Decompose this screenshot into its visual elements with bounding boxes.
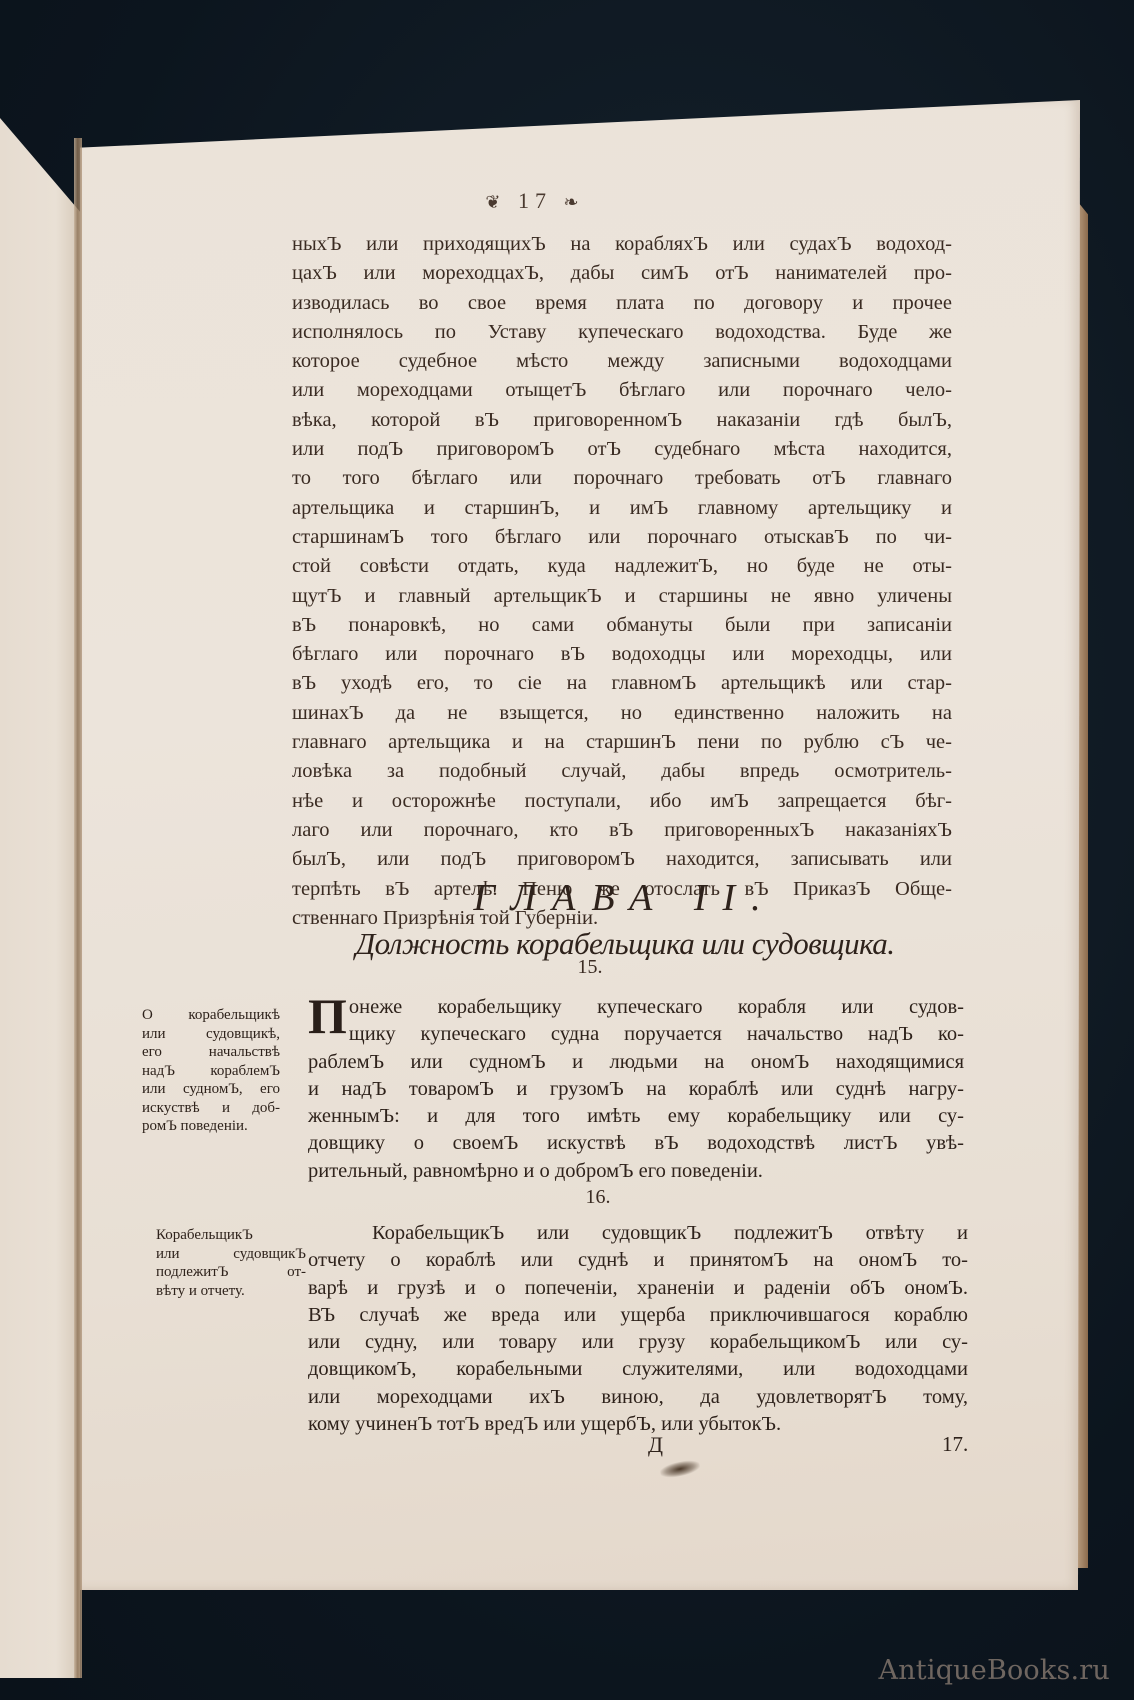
margin-note-line: или судовщикЪ [156, 1245, 306, 1264]
text-line: женнымЪ: и для того имѣть ему корабельщи… [308, 1103, 964, 1130]
text-line: и надЪ товаромЪ и грузомЪ на кораблѣ или… [308, 1076, 964, 1103]
text-line: вЪ понаровкѣ, но сами обмануты были при … [292, 611, 952, 640]
margin-note-line: или судномЪ, его [142, 1080, 280, 1099]
watermark: AntiqueBooks.ru [879, 1655, 1110, 1686]
text-line: артельщика и старшинЪ, и имЪ главному ар… [292, 494, 952, 523]
signature-mark: Д [648, 1432, 663, 1458]
text-line: щутЪ и главный артельщикЪ и старшины не … [292, 582, 952, 611]
text-line: которое судебное мѣсто между записными в… [292, 347, 952, 376]
text-line: стой совѣсти отдать, куда надлежитЪ, но … [292, 552, 952, 581]
margin-note-line: подлежитЪ от- [156, 1263, 306, 1282]
running-header: ❦ 17 ❧ [460, 188, 610, 214]
text-line: главнаго артельщика и на старшинЪ пени п… [292, 728, 952, 757]
text-line: вЪ уходѣ его, то сiе на главномЪ артельщ… [292, 669, 952, 698]
text-line: онеже корабельщику купеческаго корабля и… [308, 994, 964, 1021]
text-line: варѣ и грузѣ и о попеченiи, храненiи и р… [308, 1275, 968, 1302]
ornament-left-icon: ❦ [485, 192, 506, 212]
section-number: 16. [568, 1186, 628, 1209]
chapter-heading: ГЛАВА II. Должность корабельщика или суд… [300, 876, 950, 962]
text-line: то того бѣглаго или порочнаго требовать … [292, 464, 952, 493]
ornament-right-icon: ❧ [564, 192, 585, 212]
continuation-paragraph: ныхЪ или приходящихЪ на корабляхЪ или су… [292, 230, 952, 933]
text-line: кому учиненЪ тотЪ вредЪ или ущербЪ, или … [308, 1411, 968, 1438]
page-number: 17 [518, 188, 552, 213]
catchword: 17. [942, 1432, 968, 1457]
text-line: рительный, равномѣрно и о добромЪ его по… [308, 1158, 964, 1185]
text-line: или мореходцами отыщетЪ бѣглаго или поро… [292, 376, 952, 405]
text-line: или мореходцами ихЪ виною, да удовлетвор… [308, 1384, 968, 1411]
text-line: исполнялось по Уставу купеческаго водохо… [292, 318, 952, 347]
text-line: или судну, или товару или грузу корабель… [308, 1329, 968, 1356]
chapter-title: ГЛАВА II. [300, 876, 950, 920]
text-line: цахЪ или мореходцахЪ, дабы симЪ отЪ нани… [292, 259, 952, 288]
section-number: 15. [560, 956, 620, 979]
text-line: щику купеческаго судна поручается началь… [308, 1021, 964, 1048]
book-gutter [74, 138, 82, 1678]
left-page-edge [0, 118, 80, 1678]
section-paragraph: КорабельщикЪ или судовщикЪ подлежитЪ отв… [308, 1220, 968, 1438]
margin-note-line: О корабельщикѣ [142, 1006, 280, 1025]
text-line: старшинамЪ того бѣглаго или порочнаго от… [292, 523, 952, 552]
text-line: КорабельщикЪ или судовщикЪ подлежитЪ отв… [308, 1220, 968, 1247]
text-line: изводилась во свое время плата по догово… [292, 289, 952, 318]
text-line: вѣка, которой вЪ приговоренномЪ наказанi… [292, 406, 952, 435]
text-line: ныхЪ или приходящихЪ на корабляхЪ или су… [292, 230, 952, 259]
margin-note-line: его начальствѣ [142, 1043, 280, 1062]
margin-note-line: искуствѣ и доб- [142, 1099, 280, 1118]
text-line: ловѣка за подобный случай, дабы впредь о… [292, 757, 952, 786]
chapter-subtitle: Должность корабельщика или судовщика. [300, 926, 950, 962]
text-line: былЪ, или подЪ приговоромЪ находится, за… [292, 845, 952, 874]
margin-note: О корабельщикѣ или судовщикѣ, его началь… [142, 1006, 280, 1136]
text-line: шинахЪ да не взыщется, но единственно на… [292, 699, 952, 728]
text-line: лаго или порочнаго, кто вЪ приговоренных… [292, 816, 952, 845]
margin-note-line: КорабельщикЪ [156, 1226, 306, 1245]
text-line: довщикомЪ, корабельными служителями, или… [308, 1356, 968, 1383]
drop-cap: П [308, 996, 347, 1036]
text-line: ВЪ случаѣ же вреда или ущерба приключивш… [308, 1302, 968, 1329]
text-line: бѣглаго или порочнаго вЪ водоходцы или м… [292, 640, 952, 669]
margin-note-line: ромЪ поведенiи. [142, 1117, 280, 1136]
section-paragraph: П онеже корабельщику купеческаго корабля… [308, 994, 964, 1185]
margin-note-line: вѣту и отчету. [156, 1282, 306, 1301]
text-line: раблемЪ или судномЪ и людьми на ономЪ на… [308, 1049, 964, 1076]
text-line: или подЪ приговоромЪ отЪ судебнаго мѣста… [292, 435, 952, 464]
margin-note: КорабельщикЪ или судовщикЪ подлежитЪ от-… [156, 1226, 306, 1300]
margin-note-line: надЪ кораблемЪ [142, 1062, 280, 1081]
text-line: довщику о своемЪ искуствѣ вЪ водоходствѣ… [308, 1130, 964, 1157]
margin-note-line: или судовщикѣ, [142, 1025, 280, 1044]
text-line: нѣе и осторожнѣе поступали, ибо имЪ запр… [292, 787, 952, 816]
text-line: отчету о кораблѣ или суднѣ и принятомЪ н… [308, 1247, 968, 1274]
